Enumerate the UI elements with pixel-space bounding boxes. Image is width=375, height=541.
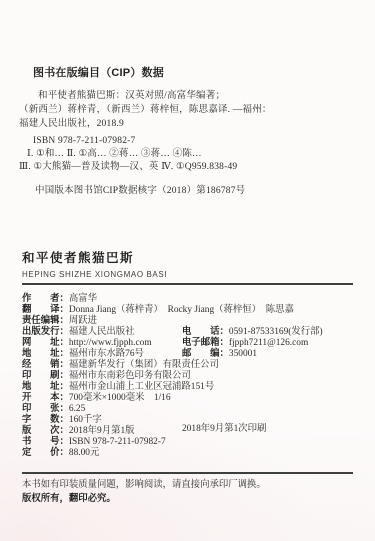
row-label: 邮 编： [182, 347, 229, 358]
row-right: 2018年9月第1次印刷 [182, 424, 266, 435]
row-label: 版 次： [22, 424, 69, 435]
colophon-row-wordcount: 字 数：160千字 [22, 413, 367, 424]
row-label: 定 价： [22, 446, 69, 457]
colophon-row-website: 网 址：http://www.fjpph.com 电子邮箱：fjpph7211@… [22, 336, 367, 347]
colophon-row-editor: 责任编辑：周跃进 [22, 314, 367, 325]
row-label: 网 址： [22, 336, 69, 347]
cip-section: 图书在版编目（CIP）数据 和平使者熊猫巴斯：汉英对照/高富华编著； （新西兰）… [19, 66, 355, 198]
row-label: 书 号： [22, 435, 69, 446]
colophon-row-printer-address: 地 址：福州市金山浦上工业区冠浦路151号 [22, 380, 367, 391]
row-label: 印 刷： [22, 369, 69, 380]
cip-record-line: 福建人民出版社，2018.9 [19, 117, 355, 131]
colophon-row-address: 地 址：福州市东水路76号 邮 编：350001 [22, 347, 367, 358]
row-label: 地 址： [22, 347, 69, 358]
cip-heading: 图书在版编目（CIP）数据 [33, 66, 355, 80]
colophon-row-distributor: 经 销：福建新华发行（集团）有限责任公司 [22, 358, 367, 369]
isbn-line: ISBN 978-7-211-07982-7 [33, 135, 355, 148]
colophon-row-edition: 版 次：2018年9月第1版 2018年9月第1次印刷 [22, 424, 367, 435]
row-label: 开 本： [22, 391, 69, 402]
row-label: 责任编辑： [22, 314, 69, 325]
book-title-pinyin: HEPING SHIZHE XIONGMAO BASI [22, 270, 167, 279]
title-block: 和平使者熊猫巴斯 HEPING SHIZHE XIONGMAO BASI [22, 248, 167, 279]
cip-classification-line: Ⅲ. ①大熊猫—普及读物—汉、英 Ⅳ. ①Q959.838-49 [19, 161, 355, 174]
colophon-rows: 作 者：高富华 翻 译：Donna Jiang（蒋梓青） Rocky Jiang… [22, 292, 367, 457]
row-label: 电子邮箱： [182, 336, 229, 347]
row-label: 字 数： [22, 413, 69, 424]
colophon-row-sheets: 印 张：6.25 [22, 402, 367, 413]
cip-classification-line: Ⅰ. ①和… Ⅱ. ①高… ②蒋… ③蒋… ④陈… [27, 148, 355, 161]
book-colophon-page: 图书在版编目（CIP）数据 和平使者熊猫巴斯：汉英对照/高富华编著； （新西兰）… [0, 0, 375, 541]
row-label: 电 话： [182, 325, 229, 336]
cip-isbn-block: ISBN 978-7-211-07982-7 Ⅰ. ①和… Ⅱ. ①高… ②蒋…… [19, 135, 355, 174]
colophon-row-isbn: 书 号：ISBN 978-7-211-07982-7 [22, 435, 367, 446]
row-value: 2018年9月第1次印刷 [182, 424, 266, 434]
row-label: 作 者： [22, 292, 69, 303]
colophon-row-printer: 印 刷：福州市东南彩色印务有限公司 [22, 369, 367, 380]
divider-top [22, 283, 353, 285]
cip-record-line: （新西兰）蒋梓青，（新西兰）蒋梓恒，陈思嘉译. —福州： [19, 103, 355, 117]
print-quality-note: 本书如有印装质量问题，影响阅读，请直接向承印厂调换。 [22, 479, 266, 492]
row-label: 印 张： [22, 402, 69, 413]
row-label: 出版发行： [22, 325, 69, 336]
colophon-row-price: 定 价：88.00元 [22, 446, 367, 457]
row-value: 88.00元 [69, 448, 99, 458]
cip-record-number: 中国版本图书馆CIP数据核字（2018）第186787号 [35, 184, 355, 198]
notes-section: 本书如有印装质量问题，影响阅读，请直接向承印厂调换。 版权所有，翻印必究。 [22, 479, 266, 504]
colophon-row-author: 作 者：高富华 [22, 292, 367, 303]
row-label: 经 销： [22, 358, 69, 369]
divider-bottom [22, 472, 353, 474]
colophon-row-publisher: 出版发行：福建人民出版社 电 话：0591-87533169(发行部) [22, 325, 367, 336]
cip-record-line: 和平使者熊猫巴斯：汉英对照/高富华编著； [38, 89, 355, 103]
colophon-row-translators: 翻 译：Donna Jiang（蒋梓青） Rocky Jiang（蒋梓恒） 陈思… [22, 303, 367, 314]
colophon-row-format: 开 本：700毫米×1000毫米 1/16 [22, 391, 367, 402]
copyright-note: 版权所有，翻印必究。 [22, 492, 266, 505]
row-label: 地 址： [22, 380, 69, 391]
row-label: 翻 译： [22, 303, 69, 314]
book-title: 和平使者熊猫巴斯 [22, 248, 167, 266]
